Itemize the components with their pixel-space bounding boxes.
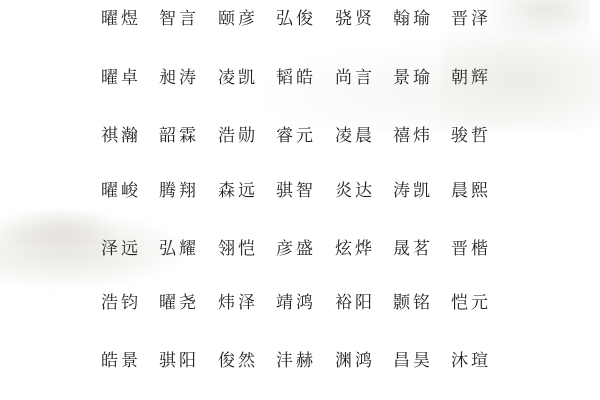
name-item: 颢铭 — [393, 291, 433, 315]
name-item: 弘耀 — [159, 237, 199, 261]
name-row: 浩钧 曜尧 炜泽 靖鸿 裕阳 颢铭 恺元 — [101, 291, 521, 315]
name-item: 昌昊 — [393, 349, 433, 373]
name-item: 昶涛 — [159, 66, 199, 90]
name-item: 恺元 — [451, 291, 491, 315]
name-row: 曜卓 昶涛 凌凯 韬皓 尚言 景瑜 朝辉 — [101, 66, 521, 90]
name-item: 炎达 — [335, 179, 375, 203]
name-item: 炫烨 — [335, 237, 375, 261]
name-item: 曜煜 — [101, 7, 141, 31]
name-item: 祺瀚 — [101, 124, 141, 148]
name-row: 曜峻 腾翔 森远 骐智 炎达 涛凯 晨熙 — [101, 179, 521, 203]
name-item: 浩勋 — [218, 124, 258, 148]
name-item: 晨熙 — [451, 179, 491, 203]
name-item: 翰瑜 — [393, 7, 433, 31]
name-item: 炜泽 — [218, 291, 258, 315]
name-item: 靖鸿 — [276, 291, 316, 315]
name-item: 森远 — [218, 179, 258, 203]
name-row: 泽远 弘耀 翎恺 彦盛 炫烨 晟茗 晋楷 — [101, 237, 521, 261]
name-item: 涛凯 — [393, 179, 433, 203]
name-item: 彦盛 — [276, 237, 316, 261]
name-item: 智言 — [159, 7, 199, 31]
name-item: 渊鸿 — [335, 349, 375, 373]
name-item: 睿元 — [276, 124, 316, 148]
name-item: 凌凯 — [218, 66, 258, 90]
name-item: 俊然 — [218, 349, 258, 373]
name-item: 曜卓 — [101, 66, 141, 90]
name-item: 韶霖 — [159, 124, 199, 148]
name-item: 曜尧 — [159, 291, 199, 315]
name-item: 晟茗 — [393, 237, 433, 261]
name-item: 晋泽 — [451, 7, 491, 31]
name-item: 尚言 — [335, 66, 375, 90]
name-item: 弘俊 — [276, 7, 316, 31]
name-item: 骁贤 — [335, 7, 375, 31]
name-item: 曜峻 — [101, 179, 141, 203]
name-row: 曜煜 智言 颐彦 弘俊 骁贤 翰瑜 晋泽 — [101, 7, 521, 31]
name-item: 禧炜 — [393, 124, 433, 148]
name-item: 沣赫 — [276, 349, 316, 373]
name-item: 皓景 — [101, 349, 141, 373]
name-item: 凌晨 — [335, 124, 375, 148]
name-item: 晋楷 — [451, 237, 491, 261]
name-item: 骐智 — [276, 179, 316, 203]
name-item: 浩钧 — [101, 291, 141, 315]
name-item: 韬皓 — [276, 66, 316, 90]
name-item: 颐彦 — [218, 7, 258, 31]
name-item: 朝辉 — [451, 66, 491, 90]
name-item: 骐阳 — [159, 349, 199, 373]
name-item: 翎恺 — [218, 237, 258, 261]
name-item: 骏哲 — [451, 124, 491, 148]
name-item: 景瑜 — [393, 66, 433, 90]
name-item: 沐瑄 — [451, 349, 491, 373]
name-item: 裕阳 — [335, 291, 375, 315]
name-item: 腾翔 — [159, 179, 199, 203]
name-row: 皓景 骐阳 俊然 沣赫 渊鸿 昌昊 沐瑄 — [101, 349, 521, 373]
name-row: 祺瀚 韶霖 浩勋 睿元 凌晨 禧炜 骏哲 — [101, 124, 521, 148]
name-item: 泽远 — [101, 237, 141, 261]
